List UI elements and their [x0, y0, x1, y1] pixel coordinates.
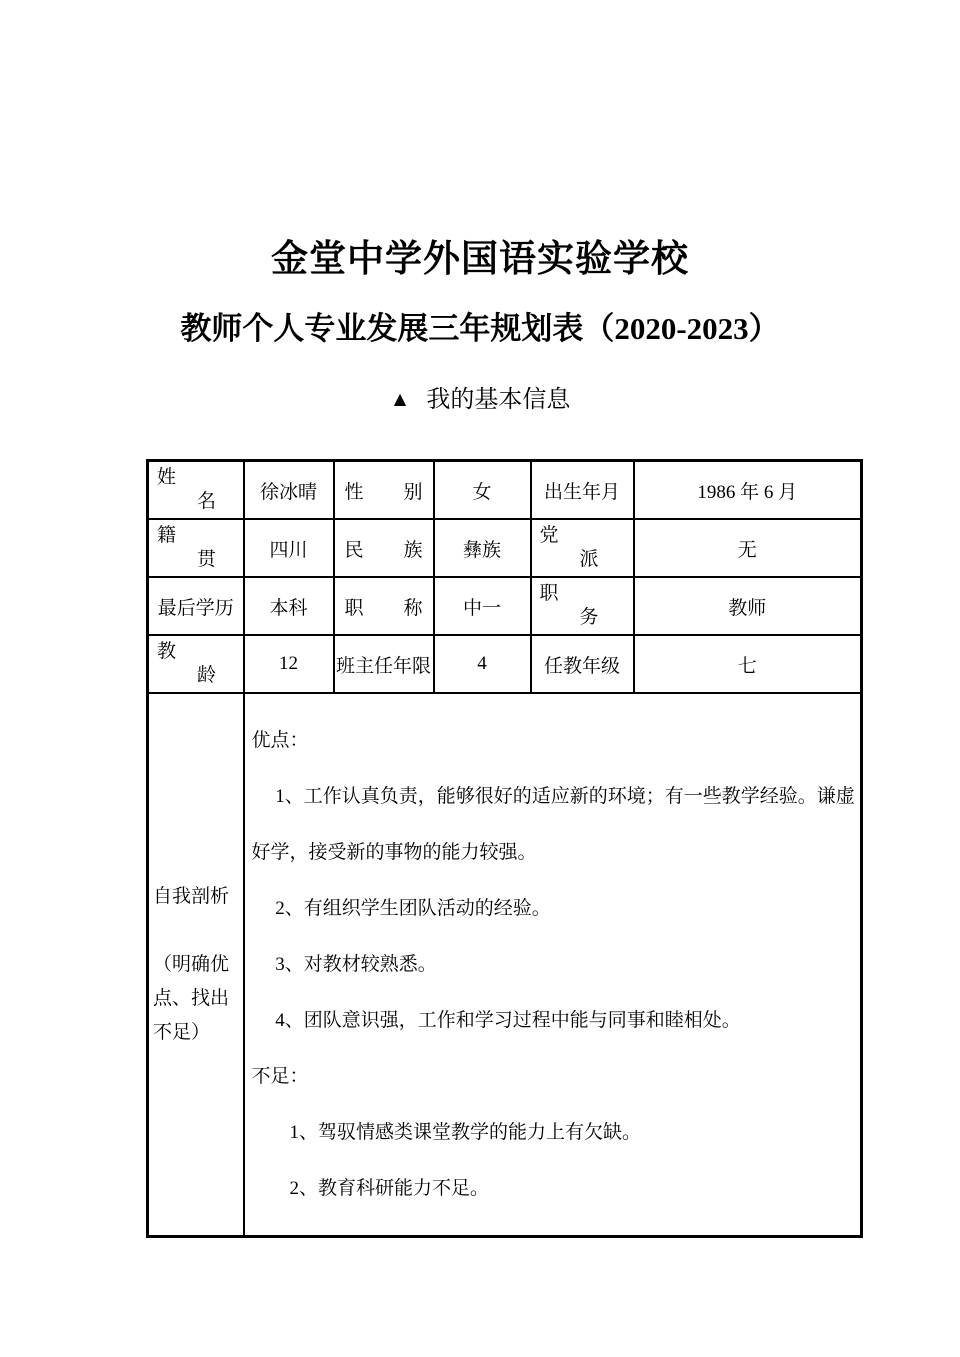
table-row-hometown: 籍 贯 四川 民 族 彝族 党 派: [148, 519, 862, 577]
teaching-grade-value: 七: [634, 635, 862, 693]
triangle-icon: ▲: [390, 387, 411, 411]
text-line: 好学，接受新的事物的能力较强。: [245, 825, 861, 881]
education-value: 本科: [244, 577, 334, 635]
position-label: 职 务: [532, 580, 633, 632]
text-line: 2、教育科研能力不足。: [245, 1161, 861, 1217]
title-block: 金堂中学外国语实验学校 教师个人专业发展三年规划表（2020-2023） ▲我的…: [0, 238, 960, 415]
teaching-age-value: 12: [244, 635, 334, 693]
birth-value: 1986 年 6 月: [634, 461, 862, 520]
page-title: 金堂中学外国语实验学校: [0, 238, 960, 282]
head-teacher-years-label: 班主任年限: [334, 635, 434, 693]
table-row-education: 最后学历 本科 职 称 中一 职 务 教师: [148, 577, 862, 635]
birth-label: 出生年月: [531, 461, 634, 520]
party-value: 无: [634, 519, 862, 577]
self-analysis-content: 优点： 1、工作认真负责，能够很好的适应新的环境；有一些教学经验。谦虚好学，接受…: [244, 693, 862, 1237]
text-line: 2、有组织学生团队活动的经验。: [245, 881, 861, 937]
name-value: 徐冰晴: [244, 461, 334, 520]
section-heading-text: 我的基本信息: [426, 387, 570, 413]
text-line: 不足）: [149, 1016, 243, 1050]
teaching-grade-label: 任教年级: [531, 635, 634, 693]
text-line: 不足：: [245, 1049, 861, 1105]
hometown-value: 四川: [244, 519, 334, 577]
text-line: 3、对教材较熟悉。: [245, 937, 861, 993]
prof-title-label: 职 称: [335, 593, 433, 620]
text-line: （明确优: [149, 948, 243, 982]
party-label: 党 派: [532, 522, 633, 574]
education-label: 最后学历: [148, 577, 244, 635]
gender-value: 女: [434, 461, 531, 520]
text-line: 自我剖析: [149, 880, 243, 914]
self-analysis-label: 自我剖析 （明确优点、找出不足）: [148, 693, 244, 1237]
text-line: 点、找出: [149, 982, 243, 1016]
ethnicity-value: 彝族: [434, 519, 531, 577]
name-label: 姓 名: [149, 464, 243, 516]
document-page: 金堂中学外国语实验学校 教师个人专业发展三年规划表（2020-2023） ▲我的…: [0, 0, 960, 1357]
table-row-self-analysis: 自我剖析 （明确优点、找出不足） 优点： 1、工作认真负责，能够很好的适应新的环…: [148, 693, 862, 1237]
hometown-label: 籍 贯: [149, 522, 243, 574]
text-line: 优点：: [245, 713, 861, 769]
gender-label-cell: 性 别: [334, 461, 434, 520]
prof-title-label-cell: 职 称: [334, 577, 434, 635]
text-line: [149, 914, 243, 948]
text-line: 4、团队意识强，工作和学习过程中能与同事和睦相处。: [245, 993, 861, 1049]
gender-label: 性 别: [335, 477, 433, 504]
section-heading: ▲我的基本信息: [0, 385, 960, 415]
page-subtitle: 教师个人专业发展三年规划表（2020-2023）: [0, 310, 960, 347]
text-line: 1、驾驭情感类课堂教学的能力上有欠缺。: [245, 1105, 861, 1161]
teaching-age-label-cell: 教 龄: [148, 635, 244, 693]
hometown-label-cell: 籍 贯: [148, 519, 244, 577]
text-line: 1、工作认真负责，能够很好的适应新的环境；有一些教学经验。谦虚: [245, 769, 861, 825]
table-row-name: 姓 名 徐冰晴 性 别 女 出生年月 1986 年 6 月: [148, 461, 862, 520]
table-row-teaching-age: 教 龄 12 班主任年限 4 任教年级 七: [148, 635, 862, 693]
prof-title-value: 中一: [434, 577, 531, 635]
position-label-cell: 职 务: [531, 577, 634, 635]
head-teacher-years-value: 4: [434, 635, 531, 693]
ethnicity-label-cell: 民 族: [334, 519, 434, 577]
ethnicity-label: 民 族: [335, 535, 433, 562]
basic-info-table: 姓 名 徐冰晴 性 别 女 出生年月 1986 年 6 月: [146, 459, 863, 1238]
name-label-cell: 姓 名: [148, 461, 244, 520]
position-value: 教师: [634, 577, 862, 635]
party-label-cell: 党 派: [531, 519, 634, 577]
teaching-age-label: 教 龄: [149, 638, 243, 690]
